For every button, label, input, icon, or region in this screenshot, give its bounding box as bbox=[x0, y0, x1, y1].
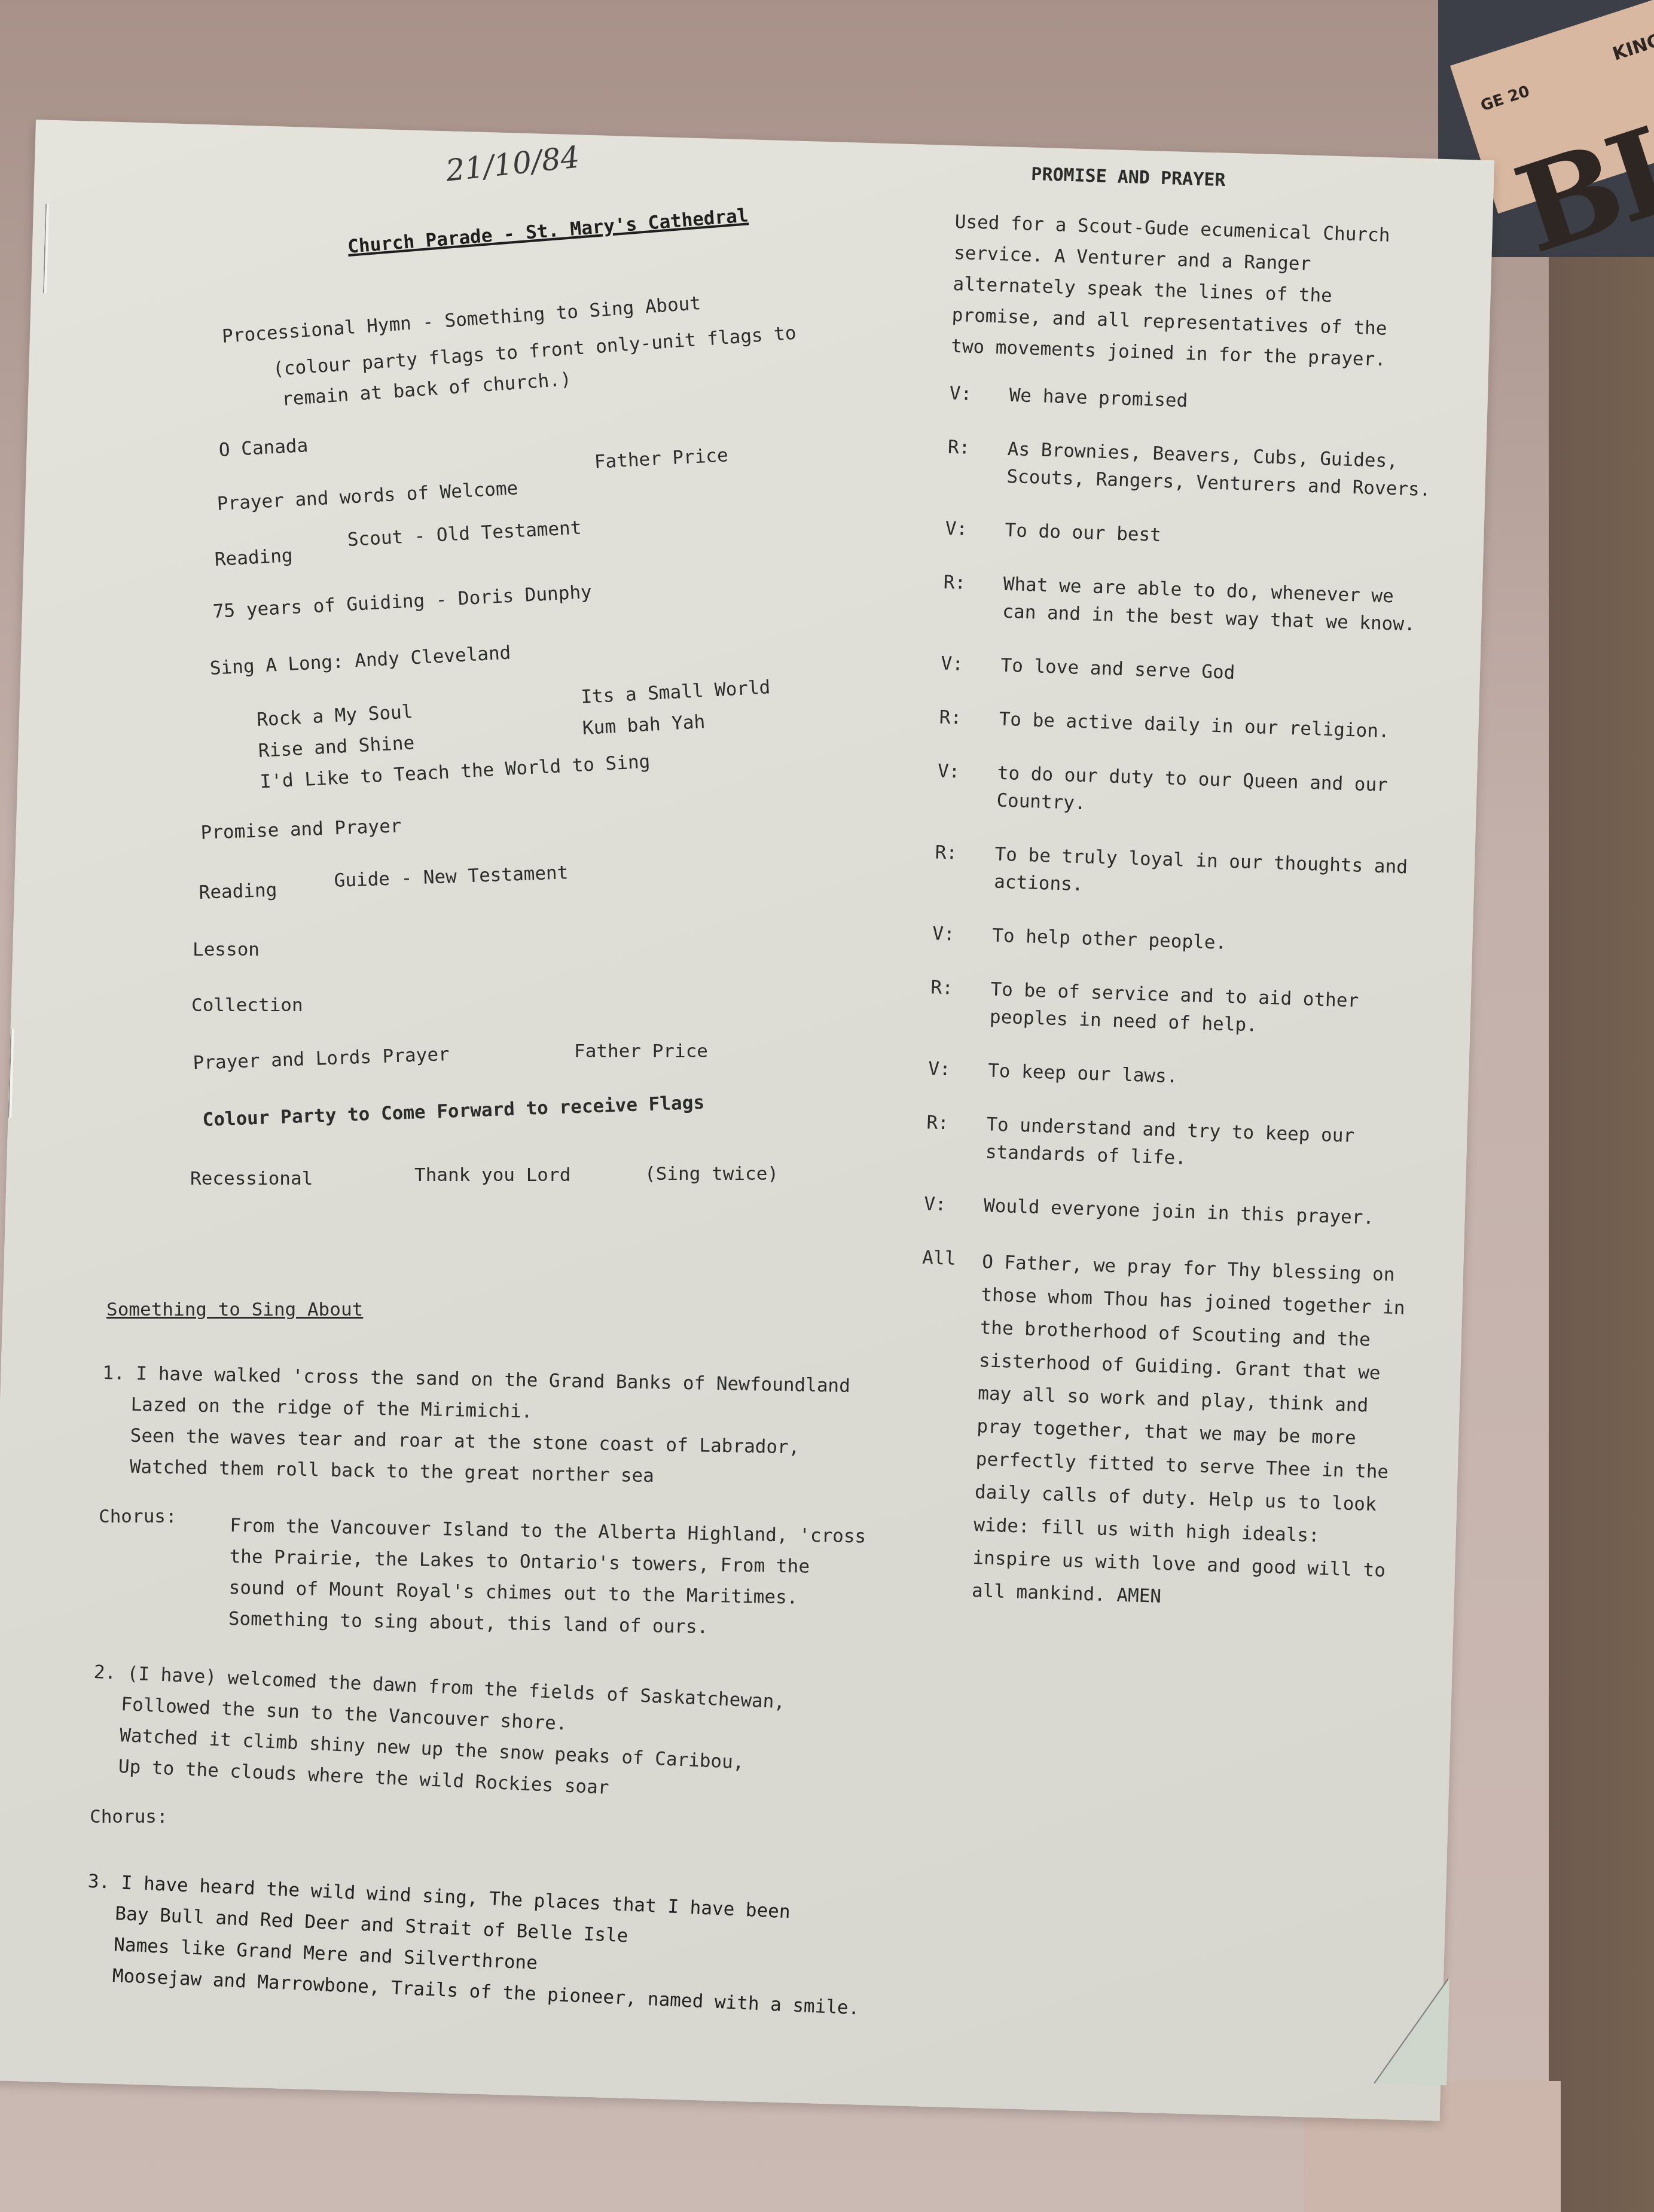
response-text: To be truly loyal in our thoughts and ac… bbox=[993, 841, 1426, 910]
service-item: Recessional bbox=[190, 1168, 313, 1189]
speaker-label: R: bbox=[947, 434, 1008, 490]
sing-along-list-right: Its a Small World Kum bah Yah bbox=[580, 672, 773, 743]
service-detail: Thank you Lord bbox=[414, 1164, 570, 1186]
response-text: To help other people. bbox=[992, 922, 1423, 963]
response-row: R:As Brownies, Beavers, Cubs, Guides, Sc… bbox=[947, 434, 1438, 504]
staple-icon bbox=[43, 204, 49, 294]
section-intro: Used for a Scout-Gude ecumenical Church … bbox=[950, 206, 1445, 377]
speaker-label: V: bbox=[941, 650, 1001, 679]
speaker-label: V: bbox=[923, 1190, 984, 1219]
response-row: V:To help other people. bbox=[932, 920, 1423, 963]
verse-1: 1. I have walked 'cross the sand on the … bbox=[100, 1357, 850, 1495]
response-row: R:To understand and try to keep our stan… bbox=[925, 1109, 1417, 1179]
speaker-label: R: bbox=[934, 838, 996, 895]
speaker-label: V: bbox=[932, 920, 993, 949]
chorus: From the Vancouver Island to the Alberta… bbox=[228, 1510, 866, 1646]
response-row: R:To be active daily in our religion. bbox=[939, 704, 1430, 747]
response-text: What we are able to do, whenever we can … bbox=[1002, 570, 1435, 639]
response-row: V:Would everyone join in this prayer. bbox=[923, 1190, 1414, 1233]
response-row: V:to do our duty to our Queen and our Co… bbox=[936, 758, 1428, 828]
service-item: Reading bbox=[214, 545, 293, 570]
speaker-label: V: bbox=[949, 380, 1009, 409]
speaker-label: V: bbox=[945, 515, 1005, 544]
chorus-label: Chorus: bbox=[99, 1506, 177, 1527]
response-row: V:We have promised bbox=[949, 380, 1440, 423]
response-row: R:To be truly loyal in our thoughts and … bbox=[934, 838, 1426, 909]
response-text: To be of service and to aid other people… bbox=[989, 975, 1421, 1044]
prayer-row: All O Father, we pray for Thy blessing o… bbox=[911, 1244, 1413, 1621]
response-text: We have promised bbox=[1009, 382, 1440, 423]
response-row: V:To do our best bbox=[945, 515, 1436, 558]
promise-and-prayer-section: PROMISE AND PRAYER Used for a Scout-Gude… bbox=[911, 161, 1447, 1647]
responsive-lines: V:We have promisedR:As Brownies, Beavers… bbox=[923, 380, 1440, 1233]
folded-corner bbox=[1375, 1976, 1449, 2085]
response-row: V:To keep our laws. bbox=[928, 1055, 1419, 1098]
response-row: V:To love and serve God bbox=[941, 650, 1432, 693]
response-row: R:What we are able to do, whenever we ca… bbox=[942, 569, 1434, 639]
speaker-label: V: bbox=[936, 758, 998, 814]
response-row: R:To be of service and to aid other peop… bbox=[929, 974, 1421, 1044]
response-text: As Brownies, Beavers, Cubs, Guides, Scou… bbox=[1006, 435, 1439, 504]
speaker-label: All bbox=[911, 1244, 982, 1607]
speaker-label: R: bbox=[929, 974, 991, 1030]
service-item: Collection bbox=[191, 994, 303, 1016]
speaker-label: V: bbox=[928, 1055, 988, 1084]
service-note: (Sing twice) bbox=[645, 1163, 779, 1185]
response-text: To keep our laws. bbox=[988, 1057, 1419, 1098]
speaker-label: R: bbox=[942, 569, 1004, 626]
speaker-label: R: bbox=[925, 1109, 987, 1166]
prayer-text: O Father, we pray for Thy blessing on th… bbox=[971, 1246, 1413, 1621]
response-text: To love and serve God bbox=[1000, 652, 1432, 693]
response-text: to do our duty to our Queen and our Coun… bbox=[996, 759, 1429, 828]
response-text: To be active daily in our religion. bbox=[999, 706, 1430, 747]
response-text: Would everyone join in this prayer. bbox=[983, 1192, 1414, 1233]
song-heading: Something to Sing About bbox=[106, 1299, 363, 1320]
background-dark-edge bbox=[1549, 0, 1654, 2212]
service-item: Lesson bbox=[193, 939, 260, 960]
service-item: Reading bbox=[199, 879, 277, 904]
service-detail: Father Price bbox=[574, 1041, 708, 1062]
speaker-label: R: bbox=[939, 704, 999, 733]
response-text: To do our best bbox=[1005, 517, 1436, 558]
response-text: To understand and try to keep our standa… bbox=[985, 1110, 1417, 1179]
chorus-label: Chorus: bbox=[90, 1806, 168, 1827]
